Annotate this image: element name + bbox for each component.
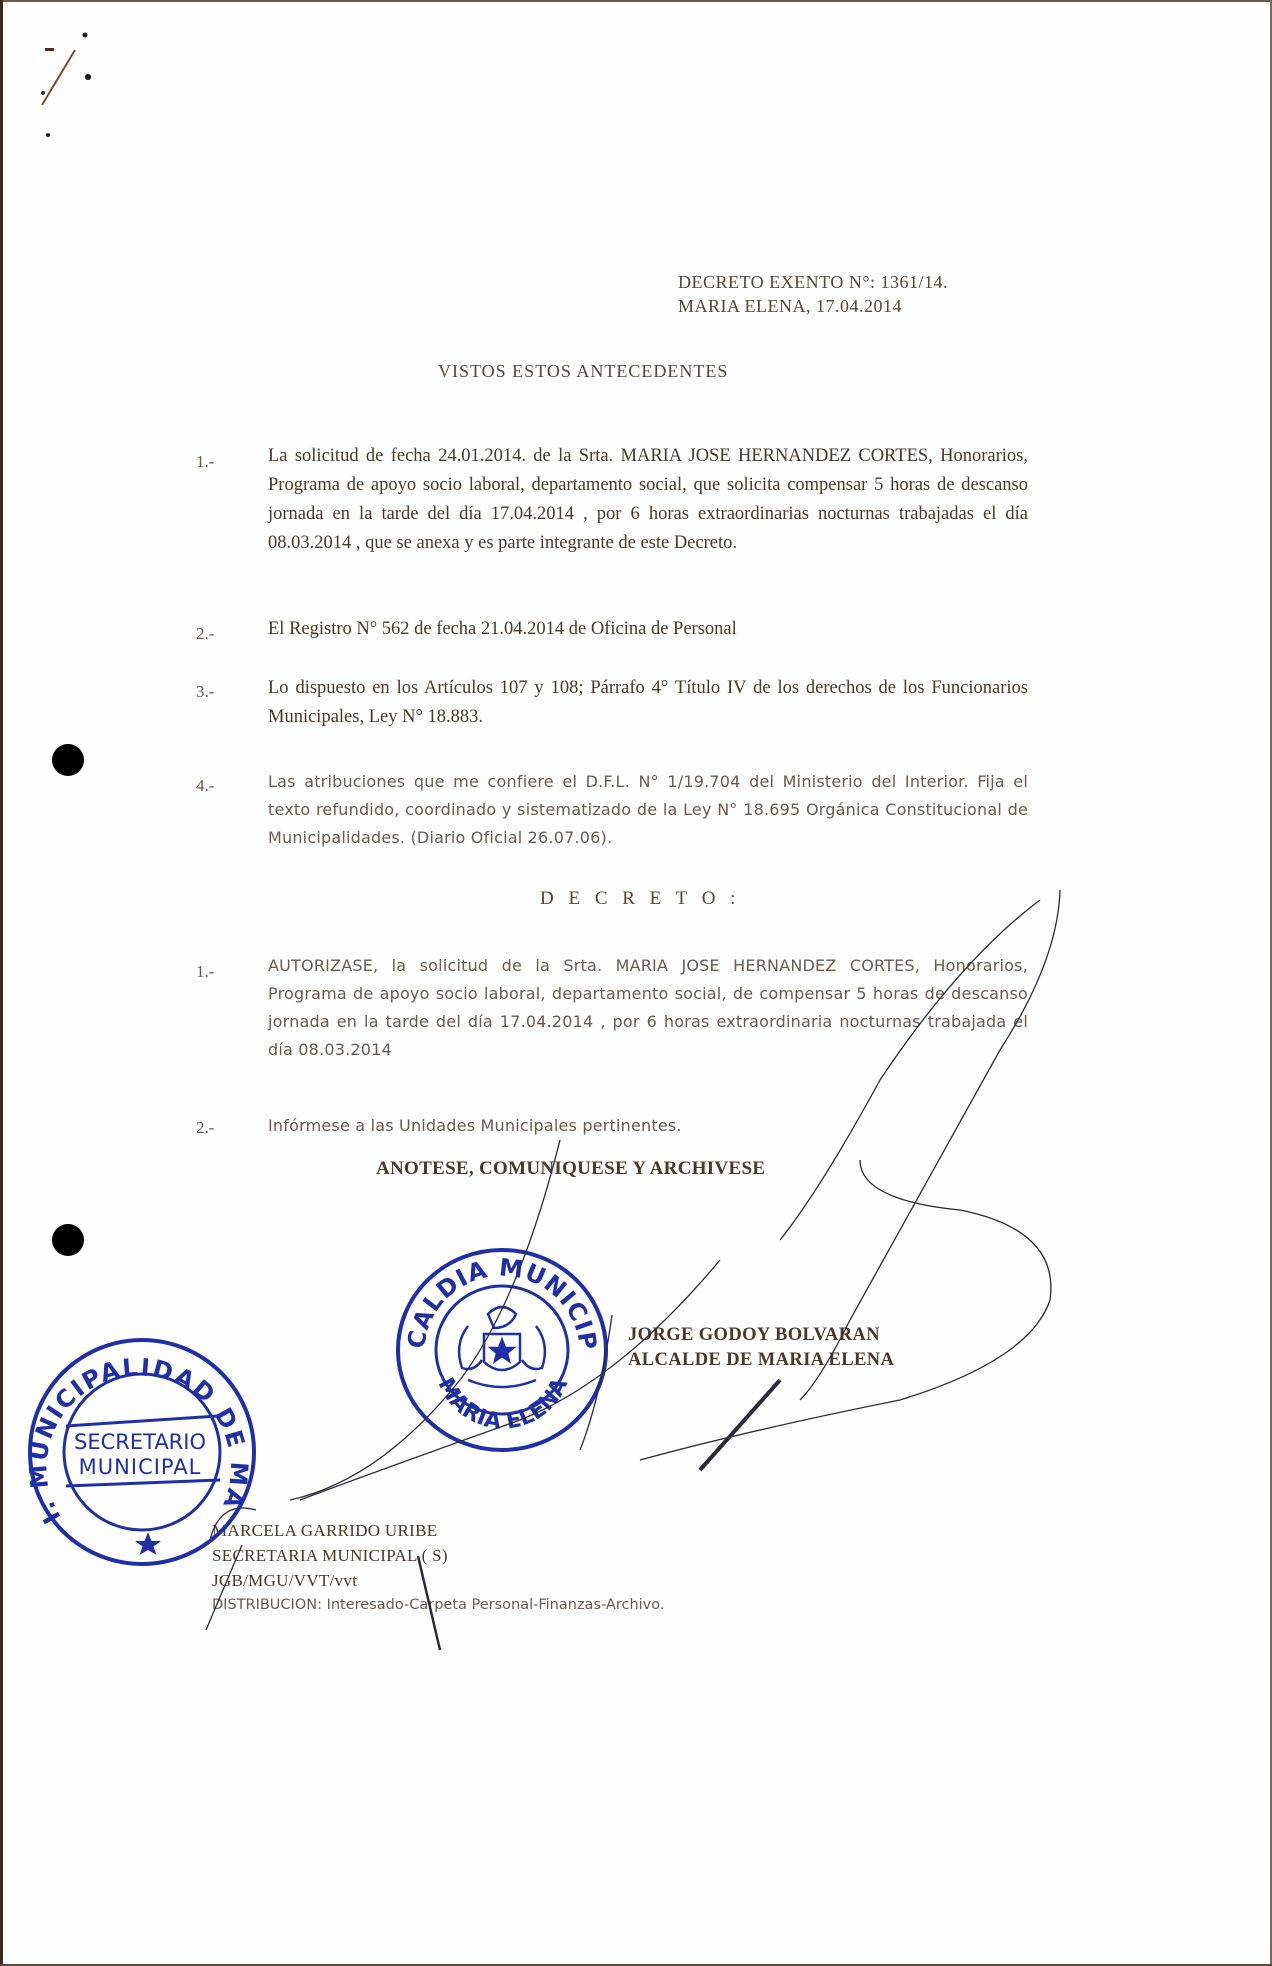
resolucion-number: 1.-	[196, 962, 214, 982]
page-edge-left	[0, 0, 3, 1966]
mayor-name: JORGE GODOY BOLVARAN	[628, 1323, 894, 1348]
star-icon	[135, 1532, 161, 1555]
secretary-name: MARCELA GARRIDO URIBE	[212, 1518, 664, 1543]
svg-text:MARIA ELENA: MARIA ELENA	[433, 1374, 574, 1435]
closing-formula: ANOTESE, COMUNIQUESE Y ARCHIVESE	[376, 1158, 765, 1180]
resolucion-text: Infórmese a las Unidades Municipales per…	[268, 1112, 1028, 1140]
reference-initials: JGB/MGU/VVT/vvt	[212, 1568, 664, 1593]
scan-specks	[30, 10, 100, 140]
antecedente-number: 4.-	[196, 776, 214, 796]
mayor-signature-block: JORGE GODOY BOLVARAN ALCALDE DE MARIA EL…	[628, 1323, 894, 1373]
resolucion-text: AUTORIZASE, la solicitud de la Srta. MAR…	[268, 952, 1028, 1064]
svg-text:SECRETARIO: SECRETARIO	[74, 1430, 206, 1454]
distribution-line: DISTRIBUCION: Interesado-Carpeta Persona…	[212, 1597, 664, 1613]
punch-hole-top	[52, 744, 84, 776]
vistos-title: VISTOS ESTOS ANTECEDENTES	[438, 361, 728, 382]
secretary-title: SECRETARIA MUNICIPAL ( S)	[212, 1543, 664, 1568]
alcaldia-stamp: ALCALDIA MUNICIPAL MARIA ELENA	[384, 1244, 624, 1454]
antecedente-number: 3.-	[196, 682, 214, 702]
place-date: MARIA ELENA, 17.04.2014	[678, 296, 902, 317]
antecedente-text: Lo dispuesto en los Artículos 107 y 108;…	[268, 674, 1028, 732]
antecedente-text: El Registro N° 562 de fecha 21.04.2014 d…	[268, 615, 1028, 644]
page-edge-top	[0, 0, 1272, 2]
mayor-title: ALCALDE DE MARIA ELENA	[628, 1348, 894, 1373]
antecedente-number: 2.-	[196, 624, 214, 644]
decree-number: DECRETO EXENTO N°: 1361/14.	[678, 272, 948, 293]
secretary-signature-block: MARCELA GARRIDO URIBE SECRETARIA MUNICIP…	[212, 1518, 664, 1613]
svg-text:MUNICIPAL: MUNICIPAL	[79, 1455, 202, 1479]
secretaria-stamp: I. MUNICIPALIDAD DE MARIA ELENA SECRETAR…	[22, 1334, 260, 1568]
chile-coat-of-arms-icon	[459, 1307, 545, 1387]
antecedente-text: La solicitud de fecha 24.01.2014. de la …	[268, 442, 1028, 558]
decreto-title: D E C R E T O :	[540, 888, 740, 910]
punch-hole-bottom	[52, 1224, 84, 1256]
resolucion-number: 2.-	[196, 1118, 214, 1138]
antecedente-number: 1.-	[196, 452, 214, 472]
antecedente-text: Las atribuciones que me confiere el D.F.…	[268, 768, 1028, 852]
